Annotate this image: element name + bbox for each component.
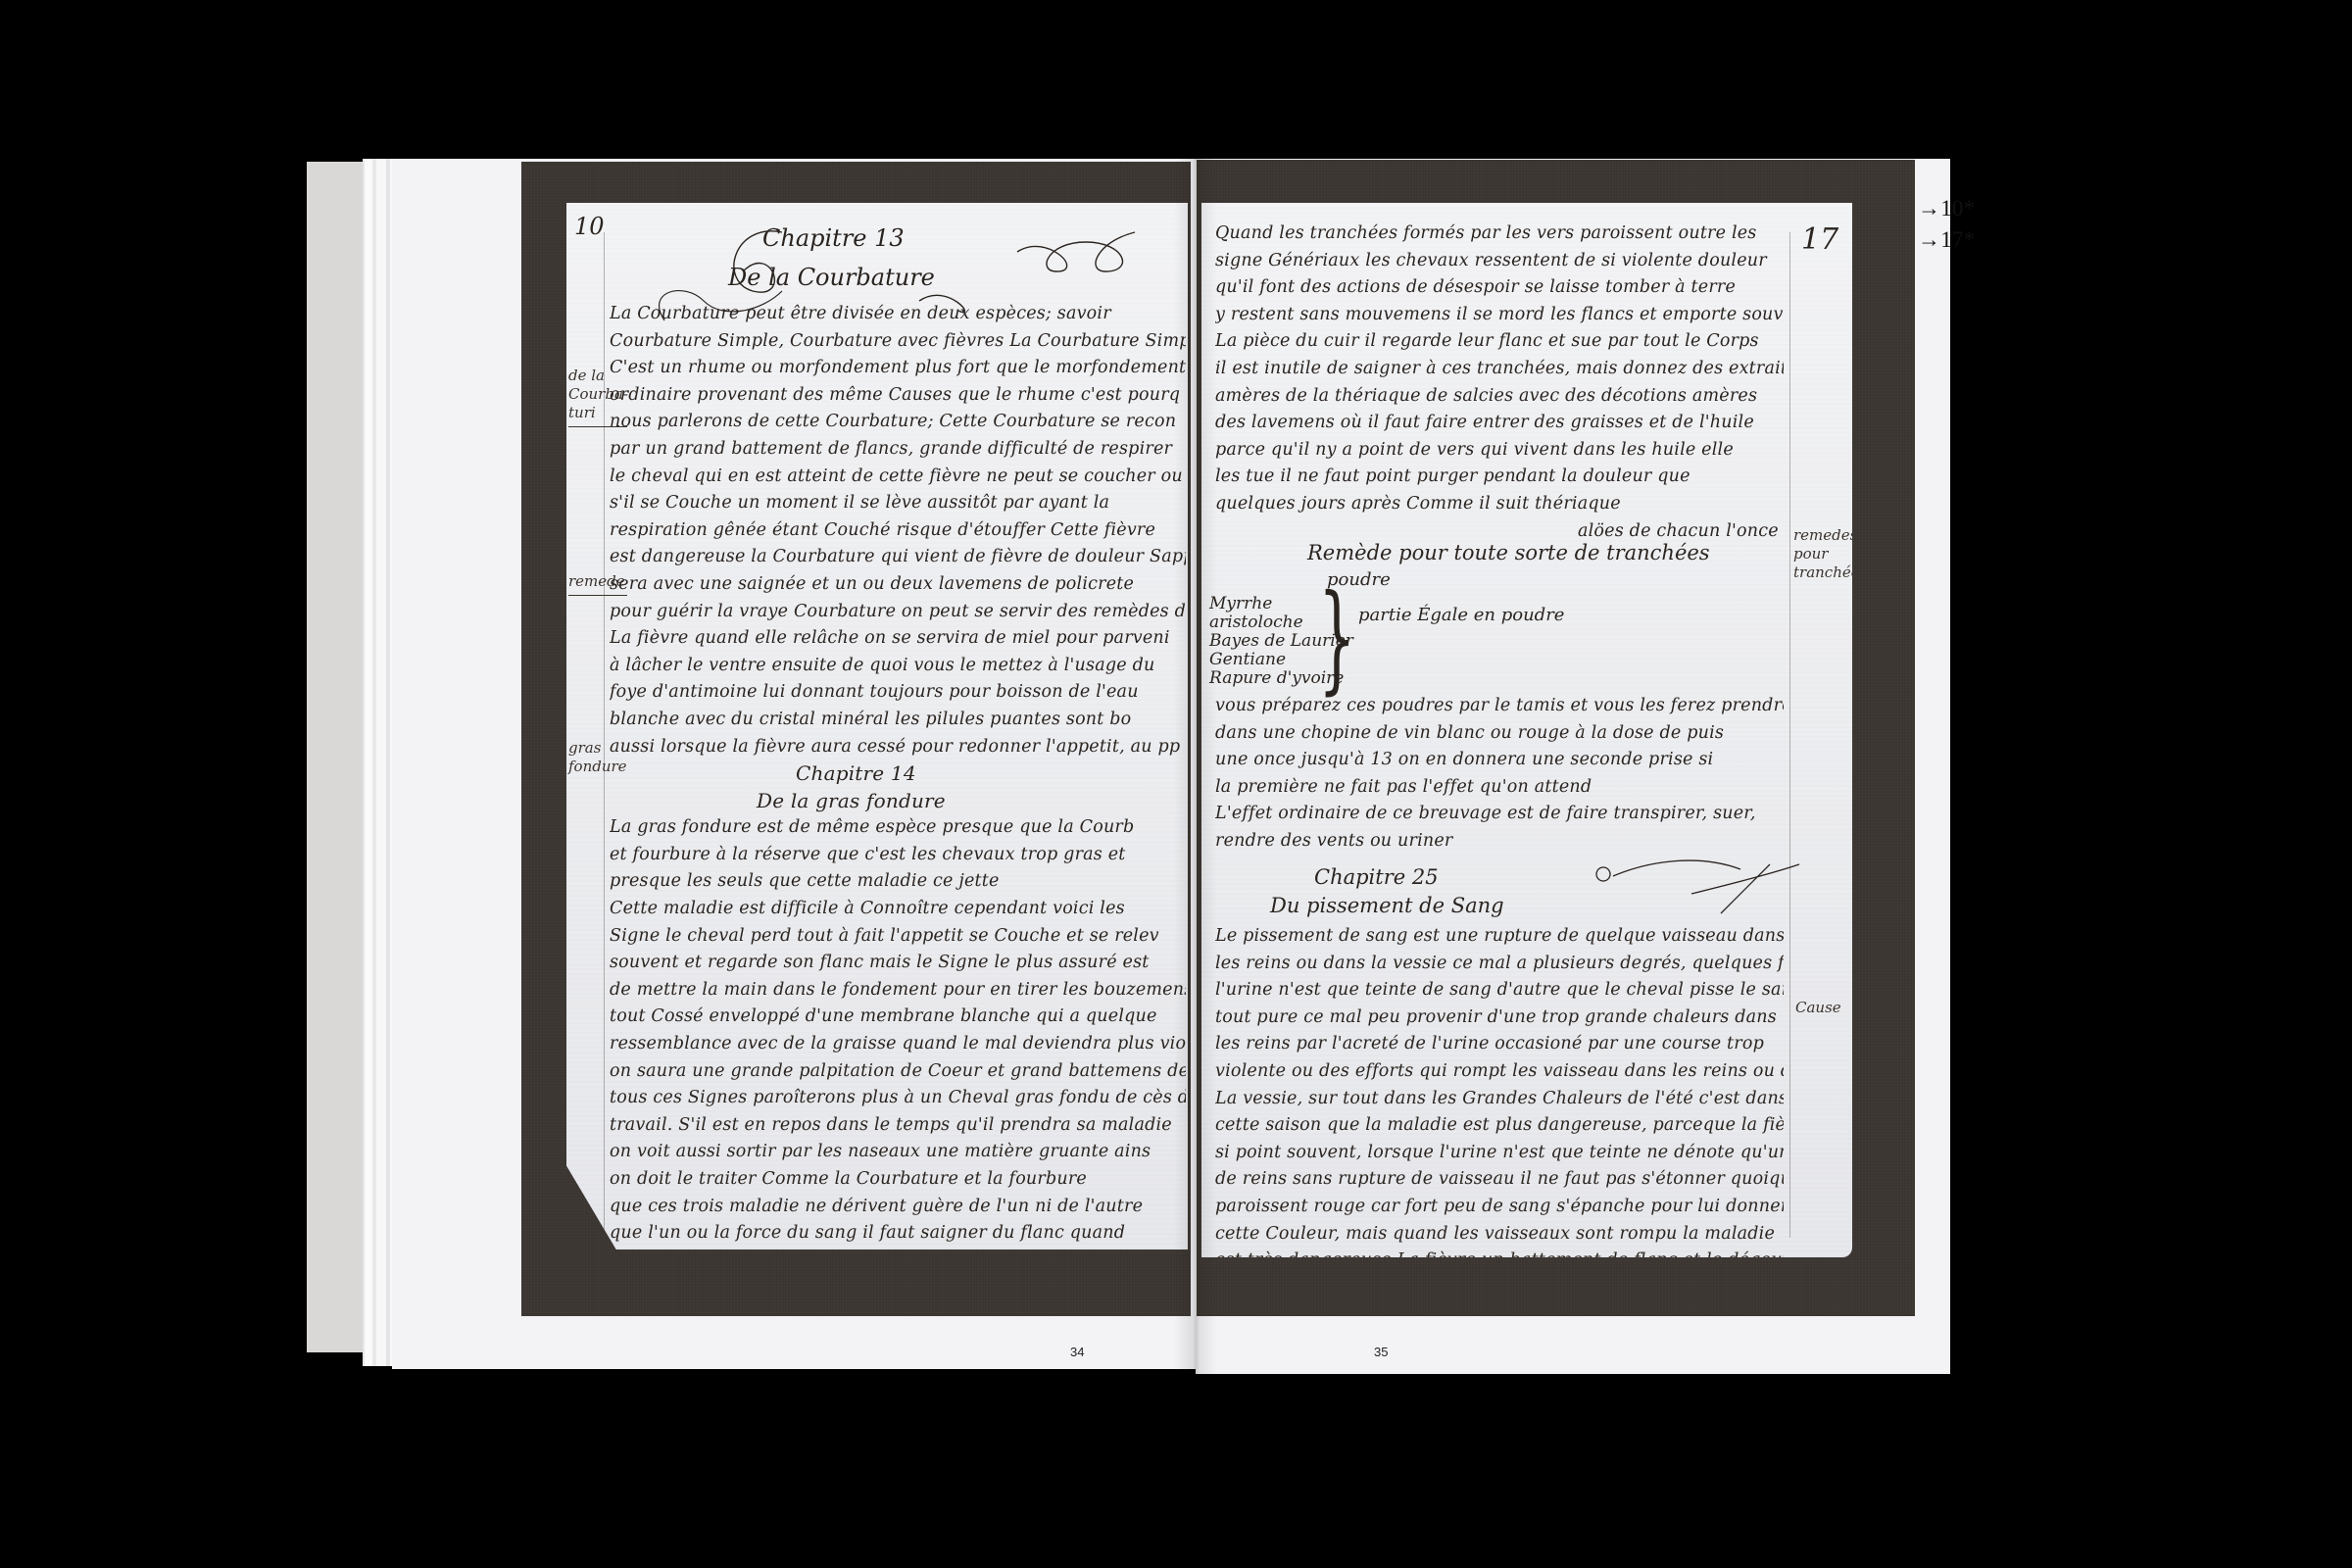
manuscript-line: si point souvent, lorsque l'urine n'est … xyxy=(1215,1140,1784,1167)
margin-note-gras-fondure: gras fondure xyxy=(568,720,610,776)
manuscript-line: on saura une grande palpitation de Coeur… xyxy=(610,1058,1186,1086)
margin-note-remede: remede xyxy=(568,554,610,614)
manuscript-line: les reins ou dans la vessie ce mal a plu… xyxy=(1215,951,1784,978)
manuscript-line: sera avec une saignée et un ou deux lave… xyxy=(610,571,1186,599)
page-number-left: 34 xyxy=(1070,1345,1084,1359)
manuscript-line: C'est un rhume ou morfondement plus fort… xyxy=(610,355,1186,382)
manuscript-line: respiration gênée étant Couché risque d'… xyxy=(610,517,1186,545)
manuscript-line: presque les seuls que cette maladie ce j… xyxy=(610,868,1186,896)
manuscript-line: une once jusqu'à 13 on en donnera une se… xyxy=(1215,747,1784,774)
manuscript-line: tout Cossé enveloppé d'une membrane blan… xyxy=(610,1004,1186,1031)
manuscript-line: Quand les tranchées formés par les vers … xyxy=(1215,220,1784,248)
margin-note-cause: Cause xyxy=(1795,999,1850,1017)
manuscript-line: et fourbure à la réserve que c'est les c… xyxy=(610,842,1186,869)
manuscript-line: par un grand battement de flancs, grande… xyxy=(610,436,1186,464)
manuscript-line: l'urine n'est que teinte de sang d'autre… xyxy=(1215,977,1784,1004)
manuscript-line: de reins sans rupture de vaisseau il ne … xyxy=(1215,1166,1784,1194)
chapter-title: De la gras fondure xyxy=(610,788,1186,815)
margin-rule xyxy=(1789,232,1790,1238)
manuscript-line: Courbature Simple, Courbature avec fièvr… xyxy=(610,328,1186,356)
manuscript-line: travail. S'il est en repos dans le temps… xyxy=(610,1112,1186,1140)
manuscript-line: vous préparez ces poudres par le tamis e… xyxy=(1215,693,1784,720)
manuscript-sheet-right: 17 Quand les tranchées formés par les ve… xyxy=(1201,203,1852,1257)
margin-note-remedes: remedes pour tranchées xyxy=(1793,526,1850,582)
manuscript-line: L'effet ordinaire de ce breuvage est de … xyxy=(1215,801,1784,828)
manuscript-line: cette Couleur, mais quand les vaisseaux … xyxy=(1215,1221,1784,1249)
manuscript-line: dans une chopine de vin blanc ou rouge à… xyxy=(1215,720,1784,748)
manuscript-line: que l'un ou la force du sang il faut sai… xyxy=(610,1220,1186,1248)
cross-reference-10: →10* xyxy=(1918,196,1975,221)
manuscript-body-left: La Courbature peut être divisée en deux … xyxy=(610,301,1186,1249)
manuscript-line: La gras fondure est de même espèce presq… xyxy=(610,814,1186,842)
manuscript-sheet-left: 10 Chapitre 13 De la Courbature de la Co… xyxy=(566,203,1188,1249)
manuscript-line: foye d'antimoine lui donnant toujours po… xyxy=(610,679,1186,707)
page-number-right: 35 xyxy=(1374,1345,1388,1359)
manuscript-line: signe Génériaux les chevaux ressentent d… xyxy=(1215,248,1784,275)
manuscript-line: Cette maladie est difficile à Connoître … xyxy=(610,896,1186,923)
manuscript-line: s'il se Couche un moment il se lève auss… xyxy=(610,490,1186,517)
manuscript-line: Le pissement de sang est une rupture de … xyxy=(1215,923,1784,951)
manuscript-line: à lâcher le ventre ensuite de quoi vous … xyxy=(610,653,1186,680)
manuscript-line: aussi lorsque la fièvre aura cessé pour … xyxy=(610,734,1186,761)
manuscript-line: y restent sans mouvemens il se mord les … xyxy=(1215,302,1784,329)
cross-reference-17: →17* xyxy=(1918,227,1975,253)
margin-note-courbature: de la Courba-turi xyxy=(568,348,608,446)
manuscript-line: parce qu'il ny a point de vers qui viven… xyxy=(1215,437,1784,465)
manuscript-line: violente ou des efforts qui rompt les va… xyxy=(1215,1058,1784,1086)
manuscript-line: on voit aussi sortir par les naseaux une… xyxy=(610,1139,1186,1166)
manuscript-line: les reins par l'acreté de l'urine occasi… xyxy=(1215,1031,1784,1058)
manuscript-line: la première ne fait pas l'effet qu'on at… xyxy=(1215,774,1784,802)
manuscript-line: cette saison que la maladie est plus dan… xyxy=(1215,1112,1784,1140)
manuscript-line: tous ces Signes paroîterons plus à un Ch… xyxy=(610,1085,1186,1112)
manuscript-line: les tue il ne faut point purger pendant … xyxy=(1215,464,1784,491)
manuscript-line: La Courbature peut être divisée en deux … xyxy=(610,301,1186,328)
manuscript-folio: 10 xyxy=(574,213,605,240)
manuscript-line: pour guérir la vraye Courbature on peut … xyxy=(610,599,1186,626)
manuscript-line: nous parlerons de cette Courbature; Cett… xyxy=(610,409,1186,436)
manuscript-line: on doit le traiter Comme la Courbature e… xyxy=(610,1166,1186,1194)
manuscript-line: le cheval qui en est atteint de cette fi… xyxy=(610,464,1186,491)
manuscript-line: Signe le cheval perd tout à fait l'appet… xyxy=(610,923,1186,951)
chapter-heading: Chapitre 13 xyxy=(762,224,905,252)
manuscript-body-right-bottom: Le pissement de sang est une rupture de … xyxy=(1215,923,1784,1257)
manuscript-body-right-top: Quand les tranchées formés par les vers … xyxy=(1215,220,1784,545)
manuscript-line: est très dangereuse La fièvre un batteme… xyxy=(1215,1248,1784,1257)
manuscript-line: des lavemens où il faut faire entrer des… xyxy=(1215,410,1784,437)
manuscript-line: La pièce du cuir il regarde leur flanc e… xyxy=(1215,328,1784,356)
manuscript-line: La vessie, sur tout dans les Grandes Cha… xyxy=(1215,1086,1784,1113)
manuscript-line: ressemblance avec de la graisse quand le… xyxy=(610,1031,1186,1058)
manuscript-line: de mettre la main dans le fondement pour… xyxy=(610,977,1186,1004)
manuscript-line: tout pure ce mal peu provenir d'une trop… xyxy=(1215,1004,1784,1032)
manuscript-line: paroissent rouge car fort peu de sang s'… xyxy=(1215,1194,1784,1221)
remedy-title: Remède pour toute sorte de tranchées xyxy=(1307,541,1710,564)
manuscript-line: qu'il font des actions de désespoir se l… xyxy=(1215,274,1784,302)
manuscript-folio: 17 xyxy=(1801,222,1838,257)
chapter-heading: Chapitre 25 xyxy=(1314,865,1439,889)
manuscript-line: rendre des vents ou uriner xyxy=(1215,828,1784,856)
manuscript-body-right-mid: vous préparez ces poudres par le tamis e… xyxy=(1215,693,1784,856)
chapter-title: Du pissement de Sang xyxy=(1270,894,1504,917)
curly-brace-icon: } xyxy=(1318,580,1355,698)
manuscript-line: quelques jours après Comme il suit théri… xyxy=(1215,491,1784,518)
manuscript-line: La fièvre quand elle relâche on se servi… xyxy=(610,625,1186,653)
manuscript-line: vous voyez qu'il est attaqué à la tête, … xyxy=(610,1248,1186,1249)
manuscript-line: est dangereuse la Courbature qui vient d… xyxy=(610,544,1186,571)
manuscript-line: il est inutile de saigner à ces tranchée… xyxy=(1215,356,1784,383)
manuscript-line: blanche avec du cristal minéral les pilu… xyxy=(610,707,1186,734)
chapter-title: De la Courbature xyxy=(728,264,935,291)
ingredients-note: partie Égale en poudre xyxy=(1358,605,1564,625)
manuscript-line: ordinaire provenant des même Causes que … xyxy=(610,382,1186,410)
manuscript-line: amères de la thériaque de salcies avec d… xyxy=(1215,383,1784,411)
calligraphic-flourish-icon xyxy=(1574,855,1809,923)
manuscript-line: souvent et regarde son flanc mais le Sig… xyxy=(610,950,1186,977)
chapter-heading: Chapitre 14 xyxy=(610,760,1186,788)
manuscript-line: que ces trois maladie ne dérivent guère … xyxy=(610,1194,1186,1221)
